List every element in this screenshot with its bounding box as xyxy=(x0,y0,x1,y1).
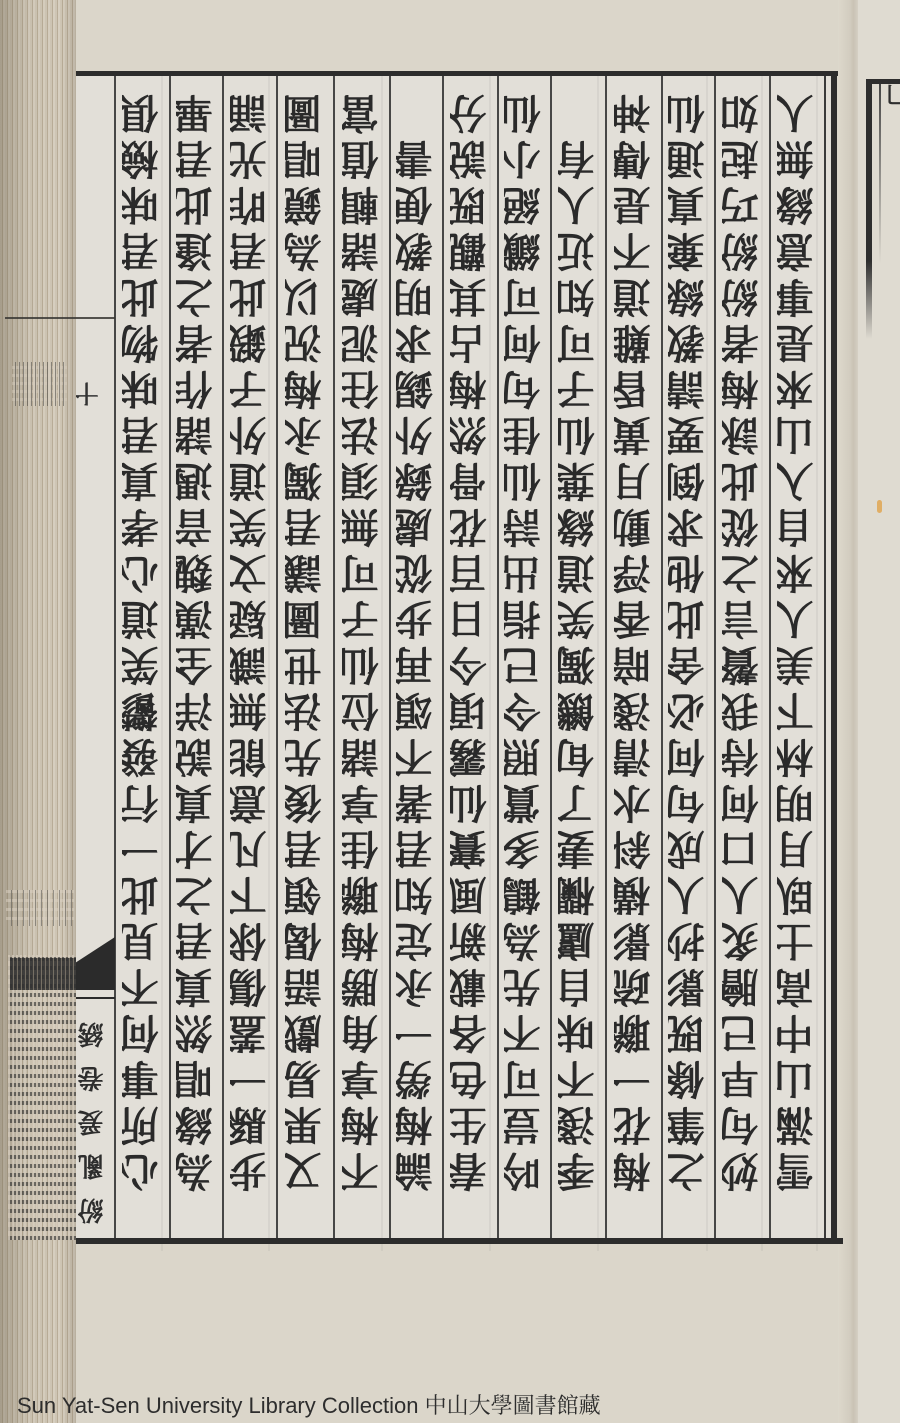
text-column: 雪滿山中高士臥月明林下美人來自入山來是事意緣無人 xyxy=(777,80,817,1240)
page-stack-fish-tail-smear xyxy=(10,958,76,990)
frame-border-right xyxy=(831,71,837,1244)
facing-page-border-left xyxy=(866,79,872,339)
column-rule xyxy=(333,76,335,1238)
text-column: 春生色各載新風賽仙霧頃今日百花骨然梅占其觀既說分 xyxy=(450,80,490,1240)
frame-border-top xyxy=(60,71,838,76)
center-strip-rule xyxy=(114,76,116,1238)
page-stack-label-smear xyxy=(12,362,67,406)
center-strip-page-number: 十 xyxy=(76,356,102,406)
column-rule xyxy=(169,76,171,1238)
page-gutter-fold xyxy=(838,0,860,1423)
column-rule xyxy=(714,76,716,1238)
text-column: 梅花一聯疏影橫斜水清淺暗香浮動月黃昏難道不是傳神 xyxy=(614,80,654,1240)
column-rule xyxy=(442,76,444,1238)
text-column: 又果易戲語偈領君後先法世圖議君獨永梅況以為鏡唱圖 xyxy=(285,80,325,1240)
column-rule xyxy=(276,76,278,1238)
page-stack-text-smear xyxy=(8,955,76,1240)
text-column: 為緣唱然真君之才真說洋全漢魏音遇諸作者之逢此君畢 xyxy=(176,80,216,1240)
collection-caption: Sun Yat-Sen University Library Collectio… xyxy=(17,1389,601,1420)
text-column: 季淺不味自廬欄妻了旬饑獨笑道緣葉仙子可知近人有 xyxy=(558,80,598,1240)
column-rule xyxy=(550,76,552,1238)
column-rule xyxy=(661,76,663,1238)
text-column: 步縣一蓋傷俅下凡意能無識疑文笑道外子鍛此君昨光誦 xyxy=(230,80,270,1240)
facing-page-border-inner xyxy=(879,84,881,264)
column-rule xyxy=(769,76,771,1238)
paper-stain xyxy=(877,500,882,513)
text-column: 不梅享角勝梅聯佳享諸位仙子可無須法往泥處諸輯值富 xyxy=(342,80,382,1240)
column-rule xyxy=(497,76,499,1238)
text-column: 妙句早已膾炙人口何待我贅言之從此詠梅者紛紛巧起如 xyxy=(722,80,762,1240)
column-rule xyxy=(389,76,391,1238)
center-strip-upper-rule xyxy=(5,317,115,319)
column-rule xyxy=(605,76,607,1238)
column-rule xyxy=(222,76,224,1238)
text-column: 之筆條既影抄人成句何必舍此他求倒要請教綠棄真通仙 xyxy=(668,80,708,1240)
text-column: 吟豈可不先為鶴多賞照令已指出詩仙佳句何可纖絕小仙 xyxy=(504,80,544,1240)
fish-tail-rule xyxy=(75,997,115,999)
page-stack-marks xyxy=(6,890,74,926)
text-column: 論梅勞一永定知君著不頌再步從處錄外錫求明教便書 xyxy=(396,80,436,1240)
facing-page-partial-glyph: 乚 xyxy=(884,84,900,108)
center-strip-title: 紛亂爰卷綉 xyxy=(78,1000,108,1228)
text-column: 心所事何不見此一行發鬱笑道心孝真君味物此君味檢俱 xyxy=(122,80,162,1240)
frame-border-right-inner xyxy=(824,76,826,1238)
